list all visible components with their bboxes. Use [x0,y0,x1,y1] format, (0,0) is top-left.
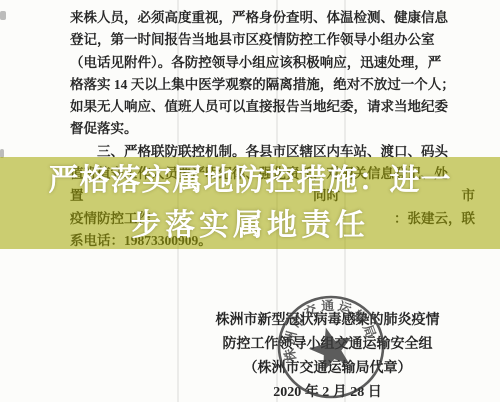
document-line: 格落实 14 天以上集中医学观察的隔离措施，绝对不放过一个人； [70,74,482,96]
caption-line: 步落实属地责任 [131,203,369,248]
document-line: 来株人员，必须高度重视，严格身份查明、体温检测、健康信息 [70,7,482,29]
document-line: （电话见附件）。各防控领导小组应该积极响应，迅速处理，严 [70,52,482,74]
caption-line: 严格落实属地防控措施：进一 [49,158,452,203]
document-line: 如果无人响应、值班人员可以直接报告当地纪委，请求当地纪委 [70,96,482,118]
star-icon [305,322,358,374]
document-line: 督促落实。 [70,118,482,140]
caption-band: 严格落实属地防控措施：进一 步落实属地责任 [0,157,500,249]
paper-mark [0,11,6,20]
official-stamp: 株洲市交通运输局 [270,293,394,402]
document-line: 登记，第一时间报告当地县市区疫情防控工作领导小组办公室 [70,29,482,51]
article-photo: 来株人员，必须高度重视，严格身份查明、体温检测、健康信息 登记，第一时间报告当地… [0,0,500,402]
